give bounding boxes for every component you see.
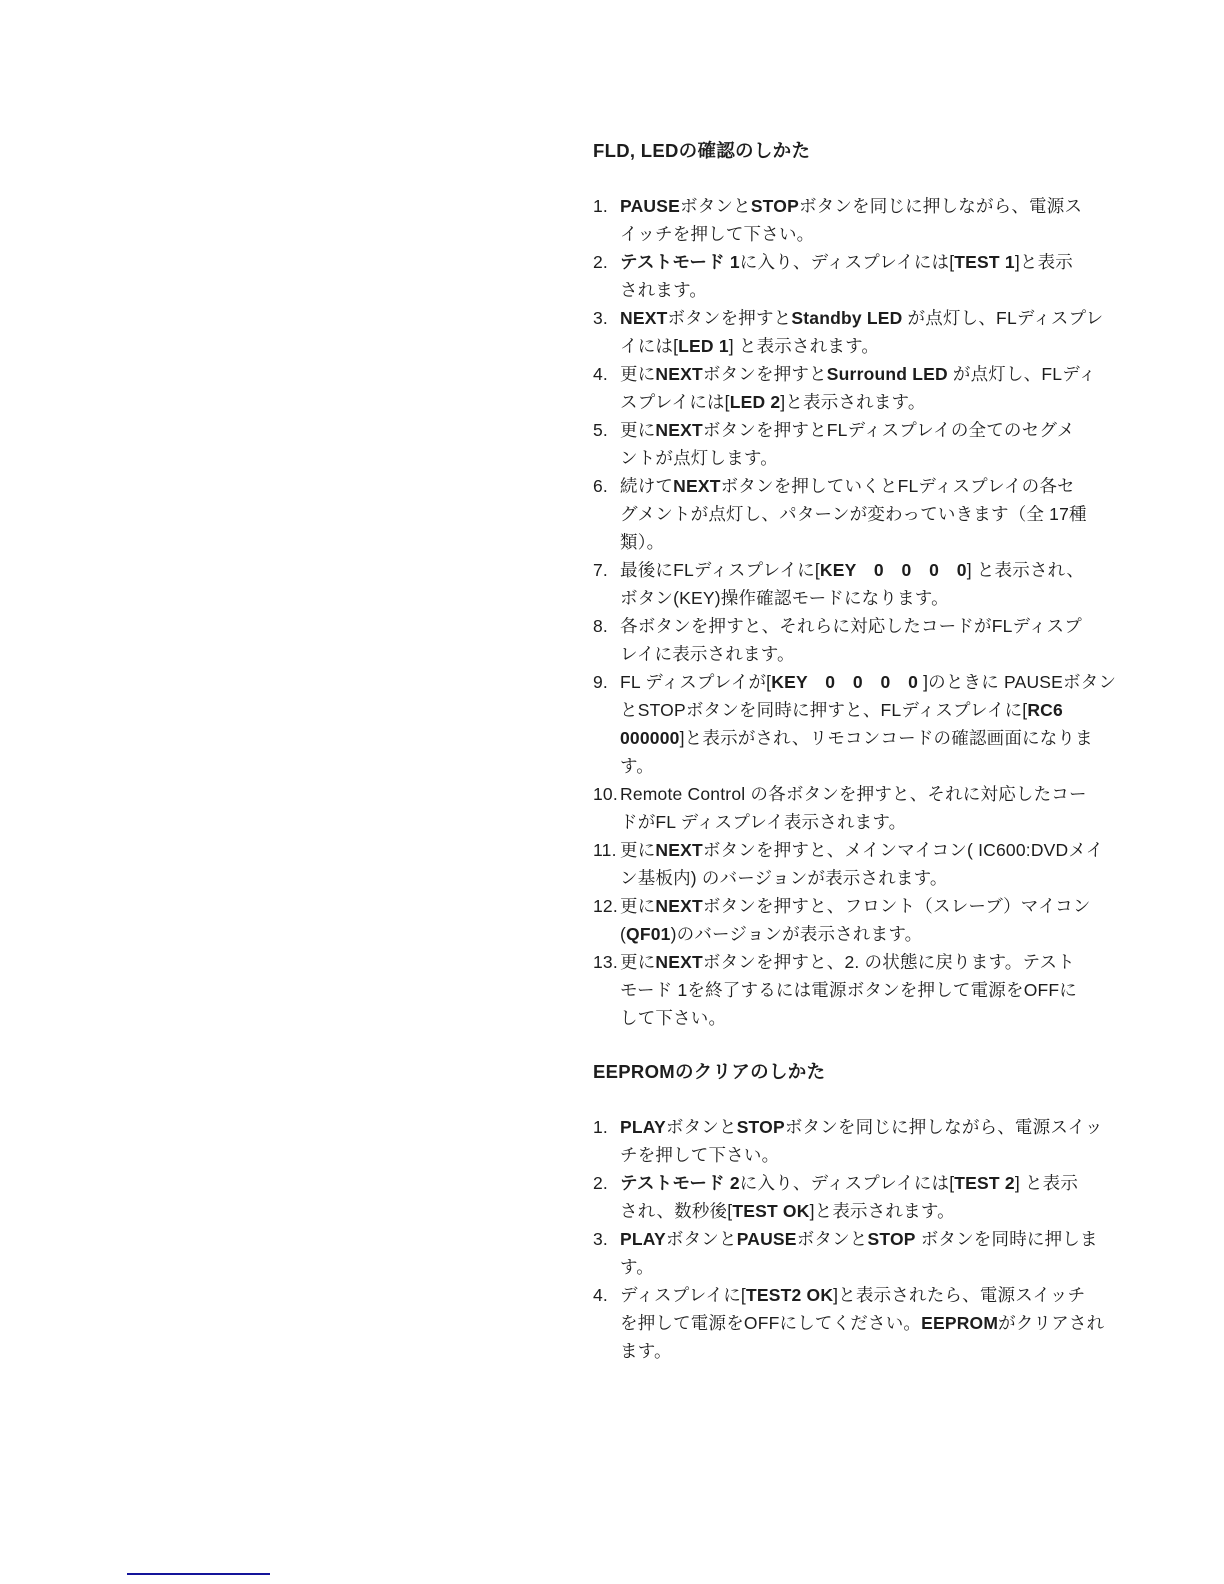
- text-segment: ]のときに PAUSEボタン: [923, 672, 1116, 692]
- list-item-line: 11.更にNEXTボタンを押すと、メインマイコン( IC600:DVDメイ: [593, 836, 1093, 864]
- list-item-line: 4.更にNEXTボタンを押すとSurround LED が点灯し、FLディ: [593, 360, 1093, 388]
- list-item: 11.更にNEXTボタンを押すと、メインマイコン( IC600:DVDメイン基板…: [593, 836, 1093, 892]
- text-segment: ]と表示されます。: [780, 392, 925, 412]
- item-number: 9.: [593, 668, 620, 696]
- item-number: 6.: [593, 472, 620, 500]
- list-item-line: 12.更にNEXTボタンを押すと、フロント（スレーブ）マイコン: [593, 892, 1093, 920]
- list-item-line: レイに表示されます。: [593, 640, 1093, 668]
- text-segment: ディスプレイに[: [620, 1285, 746, 1305]
- item-number: 12.: [593, 892, 620, 920]
- text-segment: ボタンを押すとFLディスプレイの全てのセグメ: [703, 420, 1075, 440]
- item-number: 11.: [593, 836, 620, 864]
- item-number: 1.: [593, 1113, 620, 1141]
- text-segment: NEXT: [655, 896, 702, 916]
- text-segment: ボタンを押すと、フロント（スレーブ）マイコン: [703, 896, 1091, 916]
- text-segment: 各ボタンを押すと、それらに対応したコードがFLディスプ: [620, 616, 1082, 636]
- list-item: 10.Remote Control の各ボタンを押すと、それに対応したコードがF…: [593, 780, 1093, 836]
- text-segment: ] と表示され、: [967, 560, 1084, 580]
- text-segment: 更に: [620, 840, 655, 860]
- text-segment: PAUSE: [620, 196, 680, 216]
- text-segment: ボタンを押すと、メインマイコン( IC600:DVDメイ: [703, 840, 1104, 860]
- item-number: 2.: [593, 248, 620, 276]
- instruction-list: 1.PLAYボタンとSTOPボタンを同じに押しながら、電源スイッチを押して下さい…: [593, 1113, 1093, 1365]
- list-item-line: ントが点灯します。: [593, 444, 1093, 472]
- text-segment: ドがFL ディスプレイ表示されます。: [620, 812, 906, 832]
- list-item: 1.PLAYボタンとSTOPボタンを同じに押しながら、電源スイッチを押して下さい…: [593, 1113, 1093, 1169]
- text-segment: 最後にFLディスプレイに[: [620, 560, 820, 580]
- text-segment: ]と表示: [1015, 252, 1073, 272]
- text-segment: す。: [620, 1257, 654, 1277]
- text-segment: ]と表示されます。: [810, 1201, 955, 1221]
- text-segment: イには[: [620, 336, 678, 356]
- list-item: 4.ディスプレイに[TEST2 OK]と表示されたら、電源スイッチを押して電源を…: [593, 1281, 1093, 1365]
- text-segment: が点灯し、FLディスプレ: [903, 308, 1104, 328]
- text-segment: を押して電源をOFFにしてください。: [620, 1313, 921, 1333]
- text-segment: テストモード 1: [620, 252, 740, 272]
- list-item-line: 7.最後にFLディスプレイに[KEY 0 0 0 0] と表示され、: [593, 556, 1093, 584]
- text-segment: 更に: [620, 364, 655, 384]
- text-segment: とSTOPボタンを同時に押すと、FLディスプレイに[: [620, 700, 1027, 720]
- text-segment: グメントが点灯し、パターンが変わっていきます（全 17種: [620, 504, 1087, 524]
- list-item-line: スプレイには[LED 2]と表示されます。: [593, 388, 1093, 416]
- list-item-line: イには[LED 1] と表示されます。: [593, 332, 1093, 360]
- list-item-line: 3.PLAYボタンとPAUSEボタンとSTOP ボタンを同時に押しま: [593, 1225, 1093, 1253]
- document-section: EEPROMのクリアのしかた1.PLAYボタンとSTOPボタンを同じに押しながら…: [593, 1058, 1093, 1365]
- list-item: 7.最後にFLディスプレイに[KEY 0 0 0 0] と表示され、ボタン(KE…: [593, 556, 1093, 612]
- text-segment: )のバージョンが表示されます。: [671, 924, 923, 944]
- text-segment: TEST2 OK: [746, 1285, 833, 1305]
- text-segment: ン基板内) のバージョンが表示されます。: [620, 868, 948, 888]
- text-segment: され、数秒後[: [620, 1201, 732, 1221]
- text-segment: 類）。: [620, 532, 664, 552]
- list-item: 2.テストモード 1に入り、ディスプレイには[TEST 1]と表示されます。: [593, 248, 1093, 304]
- text-segment: がクリアされ: [998, 1313, 1104, 1333]
- list-item-line: して下さい。: [593, 1004, 1093, 1032]
- list-item-line: ボタン(KEY)操作確認モードになります。: [593, 584, 1093, 612]
- list-item-line: 6.続けてNEXTボタンを押していくとFLディスプレイの各セ: [593, 472, 1093, 500]
- text-segment: LED 2: [730, 392, 781, 412]
- text-segment: ボタンを押すと: [703, 364, 827, 384]
- text-segment: スプレイには[: [620, 392, 730, 412]
- list-item-line: 類）。: [593, 528, 1093, 556]
- list-item: 2.テストモード 2に入り、ディスプレイには[TEST 2] と表示され、数秒後…: [593, 1169, 1093, 1225]
- text-segment: ボタンを押すと: [667, 308, 791, 328]
- text-segment: ントが点灯します。: [620, 448, 778, 468]
- item-number: 4.: [593, 1281, 620, 1309]
- list-item: 12.更にNEXTボタンを押すと、フロント（スレーブ）マイコン(QF01)のバー…: [593, 892, 1093, 948]
- text-segment: PLAY: [620, 1229, 666, 1249]
- list-item-line: 2.テストモード 2に入り、ディスプレイには[TEST 2] と表示: [593, 1169, 1093, 1197]
- list-item-line: す。: [593, 752, 1093, 780]
- text-segment: Remote Control の各ボタンを押すと、それに対応したコー: [620, 784, 1087, 804]
- text-segment: ボタンと: [797, 1229, 868, 1249]
- list-item-line: されます。: [593, 276, 1093, 304]
- text-segment: NEXT: [655, 364, 702, 384]
- document-section: FLD, LEDの確認のしかた1.PAUSEボタンとSTOPボタンを同じに押しな…: [593, 137, 1093, 1032]
- list-item-line: グメントが点灯し、パターンが変わっていきます（全 17種: [593, 500, 1093, 528]
- list-item-line: ン基板内) のバージョンが表示されます。: [593, 864, 1093, 892]
- item-number: 3.: [593, 304, 620, 332]
- list-item-line: を押して電源をOFFにしてください。EEPROMがクリアされ: [593, 1309, 1093, 1337]
- text-segment: イッチを押して下さい。: [620, 224, 814, 244]
- list-item-line: 9.FL ディスプレイが[KEY 0 0 0 0 ]のときに PAUSEボタン: [593, 668, 1093, 696]
- list-item-line: 1.PLAYボタンとSTOPボタンを同じに押しながら、電源スイッ: [593, 1113, 1093, 1141]
- text-segment: PLAY: [620, 1117, 666, 1137]
- text-segment: ] と表示されます。: [729, 336, 879, 356]
- text-segment: TEST OK: [732, 1201, 809, 1221]
- text-segment: 000000: [620, 728, 680, 748]
- list-item: 8.各ボタンを押すと、それらに対応したコードがFLディスプレイに表示されます。: [593, 612, 1093, 668]
- list-item-line: 5.更にNEXTボタンを押すとFLディスプレイの全てのセグメ: [593, 416, 1093, 444]
- list-item: 6.続けてNEXTボタンを押していくとFLディスプレイの各セグメントが点灯し、パ…: [593, 472, 1093, 556]
- text-segment: ボタンと: [666, 1117, 737, 1137]
- list-item-line: 4.ディスプレイに[TEST2 OK]と表示されたら、電源スイッチ: [593, 1281, 1093, 1309]
- text-segment: 更に: [620, 420, 655, 440]
- list-item: 4.更にNEXTボタンを押すとSurround LED が点灯し、FLディスプレ…: [593, 360, 1093, 416]
- list-item-line: ドがFL ディスプレイ表示されます。: [593, 808, 1093, 836]
- text-segment: 更に: [620, 896, 655, 916]
- text-segment: 続けて: [620, 476, 673, 496]
- list-item-line: 13.更にNEXTボタンを押すと、2. の状態に戻ります。テスト: [593, 948, 1093, 976]
- text-segment: ]と表示がされ、リモコンコードの確認画面になりま: [680, 728, 1093, 748]
- text-segment: QF01: [626, 924, 671, 944]
- text-segment: す。: [620, 756, 654, 776]
- text-segment: ボタンと: [680, 196, 751, 216]
- text-segment: FL ディスプレイが[: [620, 672, 771, 692]
- text-segment: STOP: [868, 1229, 916, 1249]
- list-item-line: チを押して下さい。: [593, 1141, 1093, 1169]
- list-item-line: イッチを押して下さい。: [593, 220, 1093, 248]
- text-segment: TEST 1: [954, 252, 1015, 272]
- list-item-line: 000000]と表示がされ、リモコンコードの確認画面になりま: [593, 724, 1093, 752]
- text-segment: EEPROM: [921, 1313, 998, 1333]
- list-item-line: とSTOPボタンを同時に押すと、FLディスプレイに[RC6: [593, 696, 1093, 724]
- item-number: 4.: [593, 360, 620, 388]
- text-segment: RC6: [1027, 700, 1063, 720]
- list-item: 1.PAUSEボタンとSTOPボタンを同じに押しながら、電源スイッチを押して下さ…: [593, 192, 1093, 248]
- footer-rule: [127, 1573, 270, 1575]
- text-segment: ボタンを同じに押しながら、電源スイッ: [785, 1117, 1103, 1137]
- list-item-line: 3.NEXTボタンを押すとStandby LED が点灯し、FLディスプレ: [593, 304, 1093, 332]
- text-segment: ボタンを同時に押しま: [916, 1229, 1098, 1249]
- text-segment: されます。: [620, 280, 707, 300]
- text-segment: レイに表示されます。: [620, 644, 795, 664]
- list-item: 3.PLAYボタンとPAUSEボタンとSTOP ボタンを同時に押します。: [593, 1225, 1093, 1281]
- item-number: 3.: [593, 1225, 620, 1253]
- list-item: 9.FL ディスプレイが[KEY 0 0 0 0 ]のときに PAUSEボタンと…: [593, 668, 1093, 780]
- list-item-line: され、数秒後[TEST OK]と表示されます。: [593, 1197, 1093, 1225]
- text-segment: Surround LED: [827, 364, 948, 384]
- document-page: FLD, LEDの確認のしかた1.PAUSEボタンとSTOPボタンを同じに押しな…: [0, 0, 1224, 1584]
- text-segment: ボタン(KEY)操作確認モードになります。: [620, 588, 949, 608]
- item-number: 10.: [593, 780, 620, 808]
- text-segment: ]と表示されたら、電源スイッチ: [833, 1285, 1085, 1305]
- text-segment: テストモード 2: [620, 1173, 740, 1193]
- text-segment: KEY 0 0 0 0: [771, 672, 923, 692]
- text-segment: ボタンを同じに押しながら、電源ス: [799, 196, 1082, 216]
- list-item-line: 8.各ボタンを押すと、それらに対応したコードがFLディスプ: [593, 612, 1093, 640]
- text-segment: して下さい。: [620, 1008, 726, 1028]
- list-item-line: ます。: [593, 1337, 1093, 1365]
- item-number: 5.: [593, 416, 620, 444]
- text-segment: Standby LED: [791, 308, 902, 328]
- item-number: 2.: [593, 1169, 620, 1197]
- text-segment: チを押して下さい。: [620, 1145, 779, 1165]
- list-item: 13.更にNEXTボタンを押すと、2. の状態に戻ります。テストモード 1を終了…: [593, 948, 1093, 1032]
- list-item-line: 2.テストモード 1に入り、ディスプレイには[TEST 1]と表示: [593, 248, 1093, 276]
- text-segment: NEXT: [655, 952, 702, 972]
- item-number: 8.: [593, 612, 620, 640]
- text-segment: NEXT: [673, 476, 720, 496]
- text-segment: ます。: [620, 1341, 672, 1361]
- text-segment: NEXT: [620, 308, 667, 328]
- list-item-line: 1.PAUSEボタンとSTOPボタンを同じに押しながら、電源ス: [593, 192, 1093, 220]
- text-segment: ] と表示: [1015, 1173, 1078, 1193]
- text-segment: ボタンを押すと、2. の状態に戻ります。テスト: [703, 952, 1075, 972]
- content-column: FLD, LEDの確認のしかた1.PAUSEボタンとSTOPボタンを同じに押しな…: [593, 137, 1093, 1365]
- list-item-line: モード 1を終了するには電源ボタンを押して電源をOFFに: [593, 976, 1093, 1004]
- item-number: 13.: [593, 948, 620, 976]
- section-heading: FLD, LEDの確認のしかた: [593, 137, 1093, 165]
- item-number: 7.: [593, 556, 620, 584]
- list-item-line: 10.Remote Control の各ボタンを押すと、それに対応したコー: [593, 780, 1093, 808]
- section-heading: EEPROMのクリアのしかた: [593, 1058, 1093, 1086]
- text-segment: LED 1: [678, 336, 729, 356]
- list-item-line: す。: [593, 1253, 1093, 1281]
- text-segment: STOP: [737, 1117, 785, 1137]
- text-segment: TEST 2: [954, 1173, 1015, 1193]
- list-item: 5.更にNEXTボタンを押すとFLディスプレイの全てのセグメントが点灯します。: [593, 416, 1093, 472]
- text-segment: モード 1を終了するには電源ボタンを押して電源をOFFに: [620, 980, 1077, 1000]
- text-segment: に入り、ディスプレイには[: [740, 1173, 955, 1193]
- text-segment: ボタンと: [666, 1229, 737, 1249]
- text-segment: ボタンを押していくとFLディスプレイの各セ: [721, 476, 1075, 496]
- list-item-line: (QF01)のバージョンが表示されます。: [593, 920, 1093, 948]
- text-segment: KEY 0 0 0 0: [820, 560, 967, 580]
- text-segment: NEXT: [655, 420, 702, 440]
- text-segment: PAUSE: [737, 1229, 797, 1249]
- instruction-list: 1.PAUSEボタンとSTOPボタンを同じに押しながら、電源スイッチを押して下さ…: [593, 192, 1093, 1032]
- item-number: 1.: [593, 192, 620, 220]
- text-segment: STOP: [751, 196, 799, 216]
- text-segment: が点灯し、FLディ: [948, 364, 1096, 384]
- text-segment: 更に: [620, 952, 655, 972]
- text-segment: に入り、ディスプレイには[: [740, 252, 955, 272]
- list-item: 3.NEXTボタンを押すとStandby LED が点灯し、FLディスプレイには…: [593, 304, 1093, 360]
- text-segment: NEXT: [655, 840, 702, 860]
